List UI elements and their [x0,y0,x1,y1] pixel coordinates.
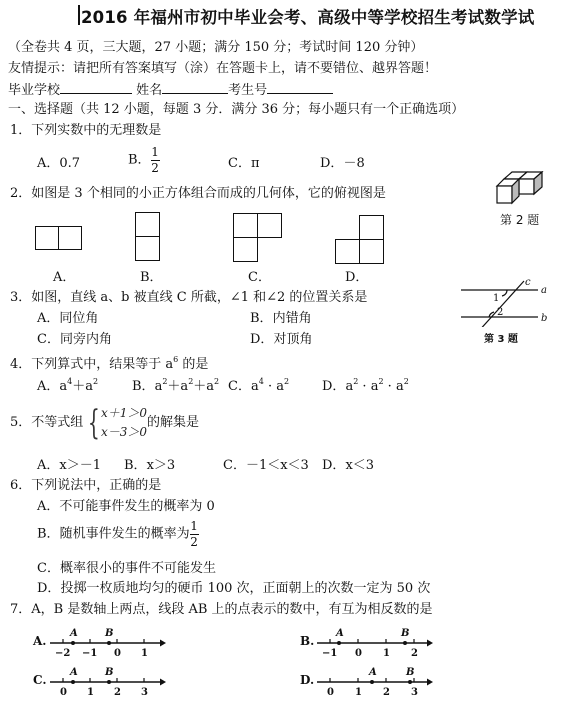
label-c: c [525,277,531,288]
q3-option-b: B．内错角 [250,311,312,327]
svg-text:−1: −1 [322,648,337,658]
number-line-a-icon[interactable]: AB −2−101 [48,624,166,658]
option-label: C． [37,561,60,576]
q3-option-c: C．同旁内角 [37,332,112,348]
option-label: A． [37,379,59,394]
question-1: 1．下列实数中的无理数是 [10,123,161,139]
inequality-1: x＋1＞0 [101,404,147,423]
inequality-system: {x＋1＞0x－3＞0 [83,404,147,442]
question-number: 2． [10,186,31,201]
option-label: D． [320,156,343,171]
exponent: 2 [93,377,98,386]
fraction: 12 [151,146,160,175]
q7-label-b: B. [300,634,314,648]
svg-text:B: B [405,667,414,678]
svg-text:1: 1 [383,648,390,658]
term: a [59,379,67,394]
exponent: 2 [284,377,289,386]
q4-option-a: A．a4＋a2 [37,374,98,395]
denominator: 2 [151,162,159,175]
q2d-square-bl [335,239,360,264]
option-label: D． [37,581,60,596]
option-text: 内错角 [273,311,312,326]
svg-text:a: a [541,285,547,296]
question-number: 1． [10,123,31,138]
inequality-2: x－3＞0 [101,423,147,442]
option-text: －8 [343,156,364,171]
svg-text:2: 2 [383,687,390,698]
question-6: 6．下列说法中，正确的是 [10,478,161,494]
number-line-d-icon[interactable]: AB 0123 [315,663,433,699]
q2d-square-br [359,239,384,264]
q5-option-c: C．－1＜x＜3 [223,458,309,474]
q2-label-c: C． [248,270,271,286]
q6-option-c: C．概率很小的事件不可能发生 [37,561,216,577]
fraction: 12 [190,520,199,549]
question-stem: 下列说法中，正确的是 [31,478,161,493]
q6-option-a: A．不可能事件发生的概率为 0 [37,499,215,515]
number-line-b-icon[interactable]: AB −1012 [315,624,433,658]
question-number: 6． [10,478,31,493]
figure-caption-q3: 第 3 题 [484,330,518,345]
svg-text:2: 2 [497,307,503,318]
term: ＋a [167,379,188,394]
q2d-square-top [359,215,384,240]
svg-text:−2: −2 [55,648,70,658]
svg-text:0: 0 [60,687,67,698]
question-2: 2．如图是 3 个相同的小正方体组合而成的几何体，它的俯视图是 [10,186,386,202]
option-text: 对顶角 [273,332,312,347]
option-text: 0.7 [59,156,80,171]
option-label: D． [322,458,345,473]
svg-text:1: 1 [141,648,148,658]
q4-option-d: D．a2 · a2 · a2 [322,374,409,395]
option-label: A． [37,311,59,326]
q2a-square-left [35,226,59,250]
svg-text:2: 2 [114,687,121,698]
page-title: 2016 年福州市初中毕业会考、高级中等学校招生考试数学试 [81,4,534,28]
q1-option-a: A．0.7 [37,156,80,172]
question-4: 4．下列算式中，结果等于 a6 的是 [10,352,208,373]
school-label: 毕业学校 [8,83,60,98]
q1-option-d: D．－8 [320,156,365,172]
term: ＋a [72,379,93,394]
option-text: x＜3 [345,458,374,473]
svg-text:1: 1 [493,293,499,304]
option-text: 同位角 [59,311,98,326]
option-label: C． [228,156,251,171]
svg-text:0: 0 [355,648,362,658]
svg-text:B: B [104,667,113,678]
option-label: B． [37,527,60,542]
q3-option-a: A．同位角 [37,311,98,327]
question-3: 3．如图，直线 a、b 被直线 C 所截，∠1 和∠2 的位置关系是 [10,290,367,306]
q5-option-a: A．x＞－1 [37,458,101,474]
numerator: 1 [151,146,159,159]
svg-text:B: B [104,628,113,639]
option-text: x＞－1 [59,458,101,473]
numerator: 1 [190,520,198,533]
question-7: 7．A，B 是数轴上两点，线段 AB 上的点表示的数中，有互为相反数的是 [10,602,433,618]
cubes-figure-icon [494,171,550,207]
svg-text:1: 1 [87,687,94,698]
option-text: －1＜x＜3 [246,458,309,473]
notice: 友情提示：请把所有答案填写（涂）在答题卡上，请不要错位、越界答题！ [8,61,437,77]
denominator: 2 [190,536,198,549]
question-number: 3． [10,290,31,305]
number-line-c-icon[interactable]: AB 0123 [48,663,166,699]
term: · a [384,379,404,394]
svg-text:A: A [368,667,377,678]
question-5: 5．不等式组{x＋1＞0x－3＞0的解集是 [10,404,199,442]
option-text: x＞3 [147,458,176,473]
option-label: D． [250,332,273,347]
svg-text:A: A [69,628,78,639]
term: · a [358,379,378,394]
name-label: 姓名 [136,83,162,98]
q2-label-b: B． [140,270,163,286]
q2c-square-tr [257,213,282,238]
option-label: C． [223,458,246,473]
option-label: A． [37,499,59,514]
svg-text:A: A [335,628,344,639]
option-label: B． [132,379,155,394]
q2b-square-bottom [135,236,160,261]
option-label: D． [322,379,345,394]
parallel-lines-figure-icon: c a b 1 2 [455,277,560,327]
question-stem-end: 的是 [178,357,208,372]
term: a [251,379,259,394]
question-stem: 不等式组 [31,415,83,430]
q1-option-b: B．12 [128,146,160,175]
question-number: 4． [10,357,31,372]
svg-text:1: 1 [355,687,362,698]
student-fields: 毕业学校 姓名考生号 [8,81,333,99]
question-stem: 如图是 3 个相同的小正方体组合而成的几何体，它的俯视图是 [31,186,386,201]
option-label: C． [228,379,251,394]
svg-text:B: B [400,628,409,639]
q7-label-a: A. [33,634,47,648]
question-stem-end: 的解集是 [147,415,199,430]
q4-option-c: C．a4 · a2 [228,374,289,395]
svg-text:2: 2 [411,648,418,658]
q5-option-d: D．x＜3 [322,458,374,474]
question-stem: 如图，直线 a、b 被直线 C 所截，∠1 和∠2 的位置关系是 [31,290,367,305]
svg-text:0: 0 [327,687,334,698]
option-text: 随机事件发生的概率为 [60,527,190,542]
question-stem: A，B 是数轴上两点，线段 AB 上的点表示的数中，有互为相反数的是 [31,602,432,617]
q7-label-c: C. [33,673,47,687]
question-stem: 下列实数中的无理数是 [31,123,161,138]
option-label: C． [37,332,60,347]
option-text: 投掷一枚质地均匀的硬币 100 次，正面朝上的次数一定为 50 次 [60,581,430,596]
q2c-square-bl [233,237,258,262]
option-text: π [251,156,260,171]
q2a-square-right [58,226,82,250]
exponent: 2 [214,377,219,386]
svg-text:−1: −1 [82,648,97,658]
q6-option-b: B．随机事件发生的概率为12 [37,520,199,549]
term: · a [264,379,284,394]
q2c-square-tl [233,213,258,238]
option-label: B． [128,153,151,168]
svg-text:3: 3 [141,687,148,698]
svg-text:3: 3 [411,687,418,698]
q1-option-c: C．π [228,156,260,172]
question-number: 7． [10,602,31,617]
q2-label-d: D． [345,270,368,286]
q2b-square-top [135,212,160,237]
exam-info: （全卷共 4 页，三大题，27 小题；满分 150 分；考试时间 120 分钟） [8,40,423,56]
id-label: 考生号 [228,83,267,98]
q5-option-b: B．x＞3 [124,458,175,474]
svg-text:0: 0 [114,648,121,658]
text-cursor [78,5,80,25]
option-label: A． [37,458,59,473]
option-text: 不可能事件发生的概率为 0 [59,499,214,514]
svg-text:A: A [69,667,78,678]
school-blank[interactable] [60,81,132,94]
exponent: 2 [404,377,409,386]
svg-text:b: b [541,313,547,324]
term: ＋a [193,379,214,394]
question-number: 5． [10,415,31,430]
option-label: B． [250,311,273,326]
q4-option-b: B．a2＋a2＋a2 [132,374,219,395]
left-brace: { [88,406,100,440]
figure-caption-q2: 第 2 题 [500,211,539,228]
q3-option-d: D．对顶角 [250,332,312,348]
option-label: A． [37,156,59,171]
option-label: B． [124,458,147,473]
q2-label-a: A． [53,270,75,286]
q7-label-d: D. [300,673,314,687]
option-text: 概率很小的事件不可能发生 [60,561,216,576]
id-blank[interactable] [267,81,333,94]
option-text: 同旁内角 [60,332,112,347]
section-heading: 一、选择题（共 12 小题，每题 3 分．满分 36 分；每小题只有一个正确选项… [8,102,464,118]
question-stem: 下列算式中，结果等于 a [31,357,173,372]
q6-option-d: D．投掷一枚质地均匀的硬币 100 次，正面朝上的次数一定为 50 次 [37,581,430,597]
name-blank[interactable] [162,81,228,94]
